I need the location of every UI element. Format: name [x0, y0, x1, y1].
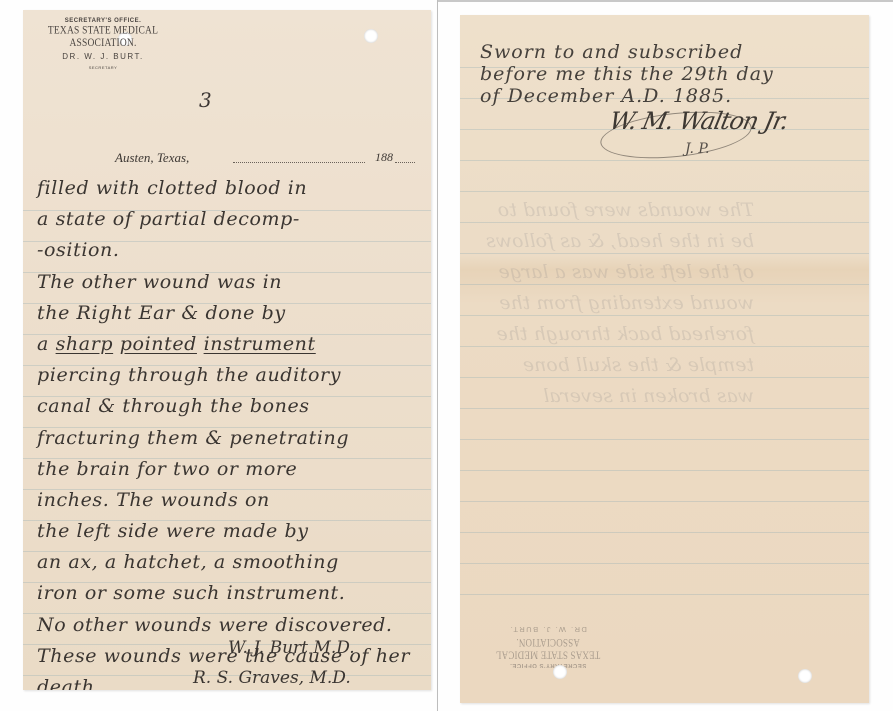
text-fragment: a [37, 333, 56, 355]
underlined-word: pointed [120, 333, 197, 355]
manuscript-page-3: SECRETARY'S OFFICE. TEXAS STATE MEDICAL … [23, 10, 431, 690]
jurat-line: Sworn to and subscribed [480, 41, 774, 63]
mirrored-letterhead: SECRETARY'S OFFICE. TEXAS STATE MEDICAL … [468, 625, 628, 668]
text-line: the brain for two or more [37, 454, 410, 485]
letterhead-office: SECRETARY'S OFFICE. [23, 18, 183, 24]
handwritten-body: filled with clotted blood in a state of … [37, 173, 410, 690]
page-number: 3 [199, 88, 212, 112]
bleed-line: of the left side was a large [486, 257, 754, 288]
text-line: fracturing them & penetrating [37, 423, 410, 454]
text-line: The other wound was in [37, 267, 410, 298]
underlined-word: instrument [204, 333, 316, 355]
letterhead: SECRETARY'S OFFICE. TEXAS STATE MEDICAL … [23, 18, 183, 70]
letterhead-title: SECRETARY [23, 65, 183, 70]
underlined-word: sharp [56, 333, 114, 355]
text-line: the Right Ear & done by [37, 298, 410, 329]
text-line: -osition. [37, 235, 410, 266]
text-line: canal & through the bones [37, 391, 410, 422]
signature-burt: W. J. Burt M.D. [228, 638, 355, 658]
text-line: filled with clotted blood in [37, 173, 410, 204]
text-line: a state of partial decomp- [37, 204, 410, 235]
text-line: piercing through the auditory [37, 360, 410, 391]
bleed-line: forehead back through the [486, 319, 754, 350]
year-prefix: 188 [375, 150, 393, 165]
notary-title: J. P. [685, 141, 709, 157]
bleed-line: temple & the skull bone [486, 350, 754, 381]
letterhead-association: TEXAS STATE MEDICAL ASSOCIATION. [23, 25, 183, 50]
punch-hole [798, 669, 812, 683]
place-date-line: Austen, Texas, 188 [115, 150, 415, 168]
place-text: Austen, Texas, [115, 150, 189, 166]
text-line-underlined: a sharp pointed instrument [37, 329, 410, 360]
mirrored-association: TEXAS STATE MEDICAL ASSOCIATION. [468, 637, 628, 662]
date-blank [233, 162, 365, 163]
jurat-text: Sworn to and subscribed before me this t… [480, 41, 774, 107]
punch-hole [553, 665, 567, 679]
text-line: an ax, a hatchet, a smoothing [37, 547, 410, 578]
bleed-line: was broken in several [486, 381, 754, 412]
bleed-line: wound extending from the [486, 288, 754, 319]
signature-graves: R. S. Graves, M.D. [193, 668, 351, 688]
notary-signature: W. M. Walton Jr. [607, 107, 790, 135]
text-line: No other wounds were discovered. [37, 610, 410, 641]
punch-hole [364, 29, 378, 43]
left-page-pane: SECRETARY'S OFFICE. TEXAS STATE MEDICAL … [0, 0, 436, 711]
bleed-line: The wounds were found to [486, 195, 754, 226]
mirrored-office: SECRETARY'S OFFICE. [468, 662, 628, 668]
right-page-pane: The wounds were found to be in the head,… [437, 0, 893, 711]
jurat-line: of December A.D. 1885. [480, 85, 774, 107]
document-viewer: SECRETARY'S OFFICE. TEXAS STATE MEDICAL … [0, 0, 893, 711]
bleed-line: be in the head, & as follows [486, 226, 754, 257]
text-line: the left side were made by [37, 516, 410, 547]
text-line: inches. The wounds on [37, 485, 410, 516]
letterhead-name: DR. W. J. BURT. [23, 52, 183, 61]
jurat-line: before me this the 29th day [480, 63, 774, 85]
text-line: iron or some such instrument. [37, 578, 410, 609]
manuscript-page-verso: The wounds were found to be in the head,… [460, 15, 869, 703]
year-blank [395, 162, 415, 163]
bleed-through-text: The wounds were found to be in the head,… [486, 195, 754, 412]
mirrored-name: DR. W. J. BURT. [468, 625, 628, 634]
